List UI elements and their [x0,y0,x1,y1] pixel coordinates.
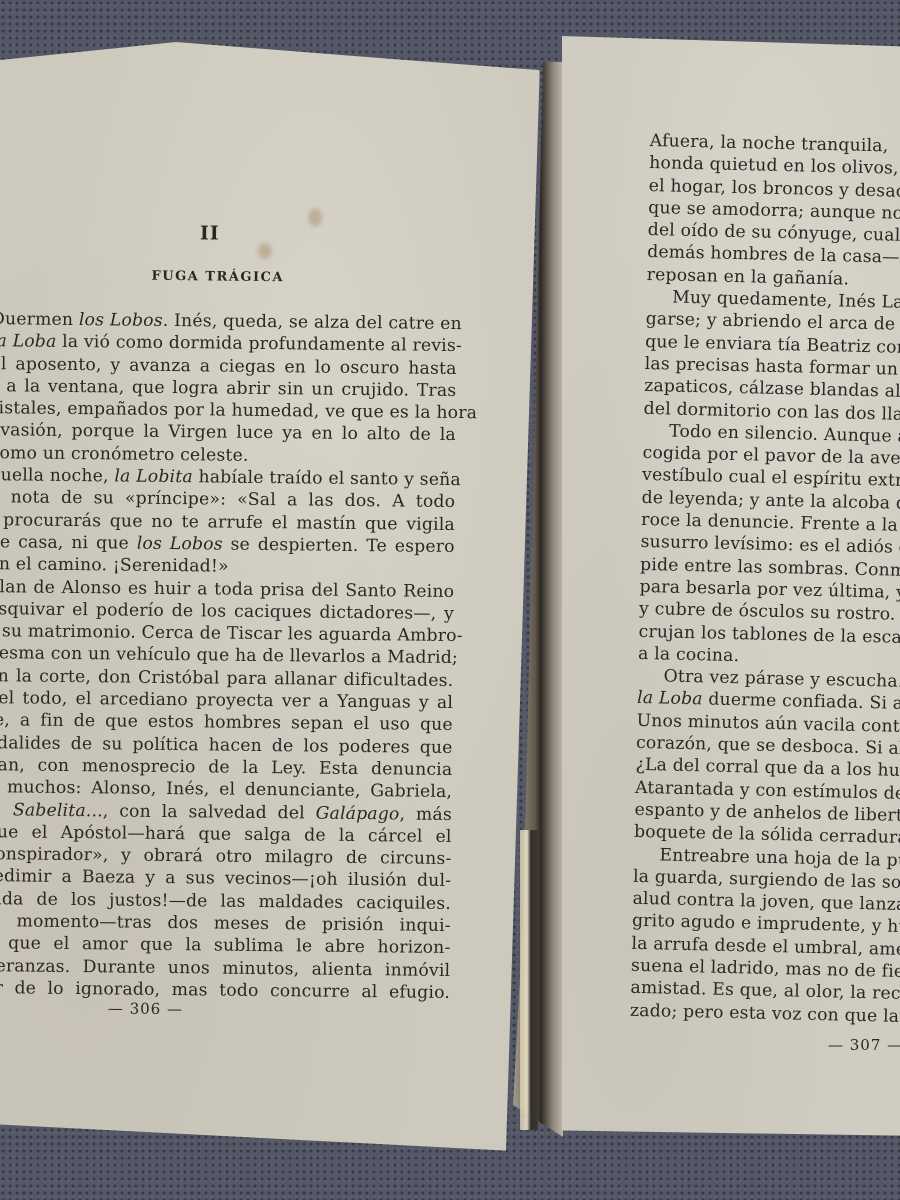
italic-name: Galápago [316,803,400,824]
italic-name: la Loba [0,331,57,352]
right-page: Afuera, la noche tranquila, honda quietu… [562,36,900,1136]
right-page-body: Afuera, la noche tranquila, honda quietu… [630,130,900,1028]
italic-name: Sabelita... [13,800,103,821]
italic-name: la Lobita [114,467,193,488]
torn-spine [520,830,538,1130]
paper-stain [308,208,322,226]
chapter-title: FUGA TRÁGICA [151,269,284,285]
italic-name: los Lobos [137,534,223,555]
left-page-body: Duermen los Lobos. Inés, queda, se alza … [0,308,457,1004]
page-number: — 307 — [828,1036,900,1054]
page-number: — 306 — [108,999,183,1018]
left-page: II FUGA TRÁGICA Duermen los Lobos. Inés,… [0,40,540,1151]
chapter-number: II [200,222,220,244]
text-line: or de lo ignorado, mas todo concurre al … [0,977,450,1004]
paper-stain [258,243,272,259]
italic-name: los Lobos [79,310,163,331]
italic-name: la Loba [637,688,703,709]
